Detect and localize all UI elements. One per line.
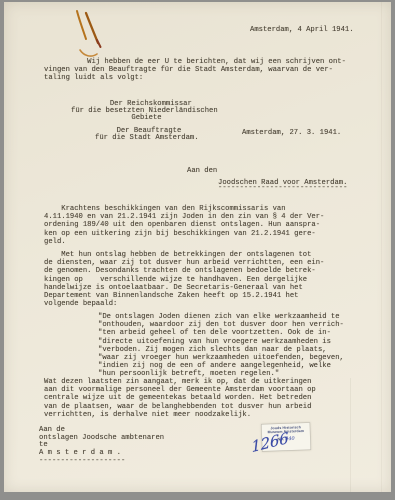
body-paragraph-dismissal-decree: Krachtens beschikkingen van den Rijkscom… xyxy=(44,205,324,246)
pen-stroke-icon xyxy=(77,11,86,39)
recipient-salutation: Aan den xyxy=(187,167,217,175)
letter-date: Amsterdam, 4 April 1941. xyxy=(250,26,354,34)
letter-page: Amsterdam, 4 April 1941. Wij hebben de e… xyxy=(4,2,391,492)
intro-paragraph: Wij hebben de eer U te berichten, dat wi… xyxy=(44,58,346,83)
body-paragraph-employment-ended: Met hun ontslag hebben de betrekkingen d… xyxy=(44,251,324,308)
sender-letterhead-office: Der Beauftragte für die Stadt Amsterdam. xyxy=(95,128,199,142)
sender-letterhead: Der Reichskommissar für die besetzten Ni… xyxy=(71,101,218,123)
paper-crease xyxy=(350,378,351,492)
pen-stroke-tip-icon xyxy=(97,40,101,47)
pen-stroke-icon xyxy=(86,13,98,43)
recipient-underline: ------------------------------ xyxy=(218,184,347,192)
paper-crease xyxy=(381,2,382,492)
handwritten-inventory-number: 1266 xyxy=(251,431,289,455)
body-paragraph-payments: Wat dezen laatsten zin aangaat, merk ik … xyxy=(44,378,316,419)
inner-letter-date: Amsterdam, 27. 3. 1941. xyxy=(242,129,341,137)
bottom-address: Aan de ontslagen Joodsche ambtenaren te … xyxy=(39,427,164,466)
quoted-regulation: "De ontslagen Joden dienen zich van elke… xyxy=(98,313,344,379)
pen-hook-stroke-icon xyxy=(80,50,97,56)
